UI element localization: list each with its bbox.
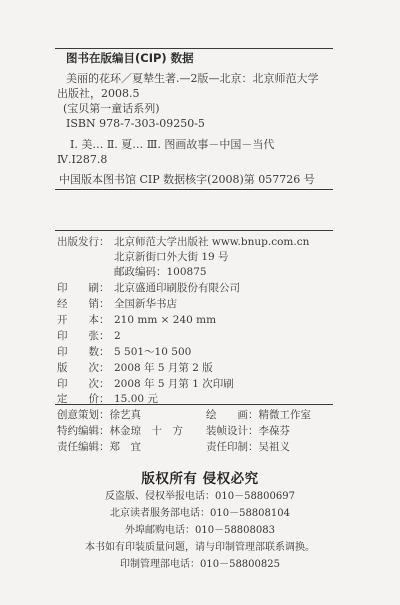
pub-label: 印 刷：	[57, 281, 114, 296]
pub-value: 2	[114, 330, 121, 342]
cip-line-title: 美丽的花环／夏辇生著.—2版—北京：北京师范大学	[66, 71, 319, 86]
pub-row-distributor: 经 销：全国新华书店	[57, 297, 177, 312]
pub-label: 印 次：	[57, 377, 114, 392]
pub-value: 北京盛通印刷股份有限公司	[114, 282, 240, 294]
credit-value: 林金琼 十 方	[110, 425, 184, 437]
pub-label: 印 数：	[57, 345, 114, 360]
publication-top-rule	[55, 230, 333, 231]
pub-value: 2008 年 5 月第 2 版	[114, 362, 213, 374]
reader-service-phone: 北京读者服务部电话：010－58808104	[0, 506, 400, 521]
credit-value: 李葆芬	[259, 425, 291, 437]
credit-print-supervisor: 责任印制：吴祖义	[206, 440, 290, 455]
credit-design: 装帧设计：李葆芬	[206, 424, 290, 439]
cip-bottom-rule	[55, 189, 333, 190]
pub-label: 开 本：	[57, 313, 114, 328]
pub-label: 版 次：	[57, 361, 114, 376]
cip-classification: Ⅰ. 美… Ⅱ. 夏… Ⅲ. 图画故事－中国－当代	[70, 137, 274, 152]
copyright-title: 版权所有 侵权必究	[0, 467, 400, 487]
credit-special-editor: 特约编辑：林金琼 十 方	[57, 424, 183, 439]
pub-value: 全国新华书店	[114, 298, 177, 310]
mail-order-phone: 外埠邮购电话：010－58808083	[0, 523, 400, 538]
pub-value: 北京新街口外大街 19 号	[114, 251, 229, 263]
pub-label: 出版发行：	[57, 235, 114, 250]
pub-value: 5 501～10 500	[114, 346, 191, 358]
cip-class-number: Ⅳ.I287.8	[57, 152, 107, 167]
credit-value: 徐艺真	[110, 409, 142, 421]
pub-row-postcode: 邮政编码：100875	[57, 265, 207, 280]
credit-label: 责任编辑：	[57, 441, 110, 453]
pub-row-impression: 印 次：2008 年 5 月第 1 次印刷	[57, 377, 234, 392]
pub-value: 北京师范大学出版社 www.bnup.com.cn	[114, 236, 309, 248]
credit-responsible-editor: 责任编辑：郑 宜	[57, 440, 141, 455]
cip-heading: 图书在版编目(CIP) 数据	[66, 50, 194, 66]
copyright-page: 图书在版编目(CIP) 数据 美丽的花环／夏辇生著.—2版—北京：北京师范大学 …	[0, 0, 400, 605]
cip-line-series: (宝贝第一童话系列)	[63, 101, 160, 116]
credit-label: 绘 画：	[206, 409, 259, 421]
pub-row-edition: 版 次：2008 年 5 月第 2 版	[57, 361, 213, 376]
pub-value: 2008 年 5 月第 1 次印刷	[114, 378, 234, 390]
quality-notice: 本书如有印装质量问题，请与印制管理部联系调换。	[0, 540, 400, 555]
pub-label: 印 张：	[57, 329, 114, 344]
credit-label: 装帧设计：	[206, 425, 259, 437]
pub-value: 邮政编码：100875	[114, 266, 207, 278]
publication-bottom-rule	[55, 404, 333, 405]
pub-row-address: 北京新街口外大街 19 号	[57, 250, 229, 265]
pub-row-printer: 印 刷：北京盛通印刷股份有限公司	[57, 281, 240, 296]
pub-value: 210 mm × 240 mm	[114, 314, 216, 326]
cip-top-rule	[55, 48, 333, 49]
antipiracy-phone: 反盗版、侵权举报电话：010－58800697	[0, 489, 400, 504]
cip-line-isbn: ISBN 978-7-303-09250-5	[66, 116, 205, 131]
credit-value: 吴祖义	[259, 441, 291, 453]
credit-label: 责任印制：	[206, 441, 259, 453]
credit-value: 郑 宜	[110, 441, 142, 453]
credit-illustration: 绘 画：精微工作室	[206, 408, 311, 423]
pub-row-print-run: 印 数：5 501～10 500	[57, 345, 191, 360]
cip-line-publisher: 出版社，2008.5	[57, 86, 140, 101]
credit-creative-planning: 创意策划：徐艺真	[57, 408, 141, 423]
pub-row-sheets: 印 张：2	[57, 329, 121, 344]
cip-record-number: 中国版本图书馆 CIP 数据核字(2008)第 057726 号	[59, 172, 315, 187]
pub-row-format: 开 本：210 mm × 240 mm	[57, 313, 216, 328]
print-management-phone: 印制管理部电话：010－58800825	[0, 557, 400, 572]
pub-label: 经 销：	[57, 297, 114, 312]
pub-row-publisher: 出版发行：北京师范大学出版社 www.bnup.com.cn	[57, 235, 309, 250]
credit-value: 精微工作室	[259, 409, 312, 421]
credit-label: 特约编辑：	[57, 425, 110, 437]
credit-label: 创意策划：	[57, 409, 110, 421]
